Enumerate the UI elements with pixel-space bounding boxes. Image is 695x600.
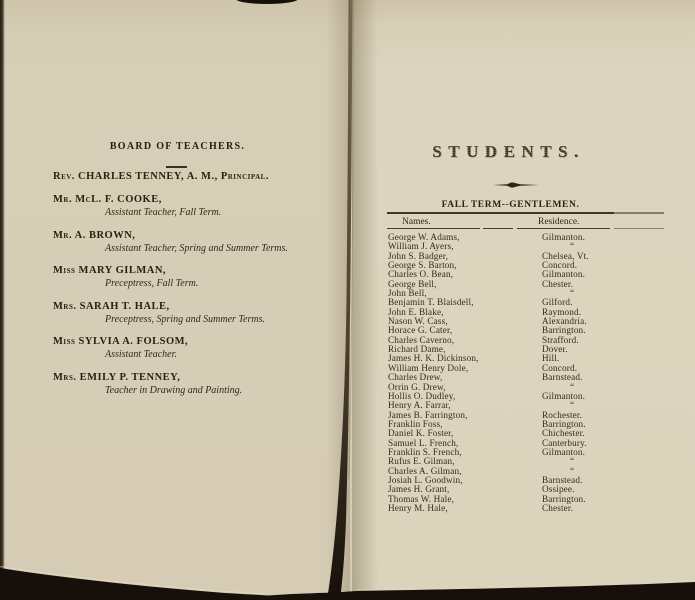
teacher-name: Rev. CHARLES TENNEY, A. M., Principal. bbox=[0, 171, 352, 184]
teacher-role: Assistant Teacher. bbox=[0, 349, 352, 361]
table-row: George Bell, Chester. bbox=[388, 280, 664, 289]
teacher-entry: Mr. A. BROWN, Assistant Teacher, Spring … bbox=[0, 230, 352, 255]
teacher-role: Teacher in Drawing and Painting. bbox=[0, 385, 352, 397]
header-rule-segment bbox=[483, 228, 513, 229]
teacher-role: Preceptress, Fall Term. bbox=[0, 278, 352, 290]
teacher-entry: Miss SYLVIA A. FOLSOM, Assistant Teacher… bbox=[0, 336, 352, 361]
students-table: George W. Adams, Gilmanton. William J. A… bbox=[388, 233, 664, 513]
student-residence: Gilmanton. bbox=[542, 448, 664, 457]
photo-left-edge bbox=[0, 0, 5, 600]
fall-term-heading: FALL TERM--GENTLEMEN. bbox=[339, 200, 682, 210]
teacher-name: Mrs. SARAH T. HALE, bbox=[0, 301, 352, 314]
teacher-entry: Mrs. SARAH T. HALE, Preceptress, Spring … bbox=[0, 301, 352, 326]
title-rule bbox=[166, 166, 187, 168]
teacher-role: Assistant Teacher, Fall Term. bbox=[0, 207, 352, 219]
gutter-shadow-left bbox=[326, 0, 350, 600]
student-residence: Gilmanton. bbox=[542, 233, 664, 242]
teacher-name: Miss MARY GILMAN, bbox=[0, 265, 352, 278]
header-rule-segment bbox=[387, 228, 480, 229]
students-title: STUDENTS. bbox=[337, 142, 680, 162]
student-residence: “ bbox=[542, 457, 664, 466]
teacher-entry: Mr. McL. F. COOKE, Assistant Teacher, Fa… bbox=[0, 194, 352, 219]
gutter-shadow-right bbox=[352, 0, 378, 600]
teacher-entry: Rev. CHARLES TENNEY, A. M., Principal. bbox=[0, 171, 352, 184]
book-spread: BOARD OF TEACHERS. Rev. CHARLES TENNEY, … bbox=[0, 0, 695, 600]
teacher-role: Preceptress, Spring and Summer Terms. bbox=[0, 314, 352, 326]
student-residence: Dover. bbox=[542, 345, 664, 354]
column-header-names: Names. bbox=[402, 217, 431, 227]
student-name: Henry M. Hale, bbox=[388, 504, 542, 513]
divider-ornament-icon bbox=[493, 181, 539, 189]
student-residence: Gilmanton. bbox=[542, 392, 664, 401]
teacher-entry: Miss MARY GILMAN, Preceptress, Fall Term… bbox=[0, 265, 352, 290]
left-page: BOARD OF TEACHERS. Rev. CHARLES TENNEY, … bbox=[0, 0, 352, 600]
teacher-entry: Mrs. EMILY P. TENNEY, Teacher in Drawing… bbox=[0, 372, 352, 397]
board-of-teachers-title: BOARD OF TEACHERS. bbox=[5, 141, 350, 152]
column-header-residence: Residence. bbox=[538, 217, 579, 227]
teacher-role: Assistant Teacher, Spring and Summer Ter… bbox=[0, 243, 352, 255]
student-residence: Barnstead. bbox=[542, 373, 664, 382]
teacher-name: Miss SYLVIA A. FOLSOM, bbox=[0, 336, 352, 349]
header-rule-segment bbox=[614, 228, 664, 229]
teacher-name: Mrs. EMILY P. TENNEY, bbox=[0, 372, 352, 385]
header-rule-segment bbox=[517, 228, 610, 229]
teacher-name: Mr. McL. F. COOKE, bbox=[0, 194, 352, 207]
table-top-rule bbox=[387, 212, 664, 214]
right-page: STUDENTS. FALL TERM--GENTLEMEN. Names. R… bbox=[352, 0, 695, 600]
teachers-list: Rev. CHARLES TENNEY, A. M., Principal. M… bbox=[0, 171, 352, 407]
student-residence: Chester. bbox=[542, 280, 664, 289]
student-residence: Chester. bbox=[542, 504, 664, 513]
teacher-name: Mr. A. BROWN, bbox=[0, 230, 352, 243]
table-row: Henry M. Hale, Chester. bbox=[388, 504, 664, 513]
